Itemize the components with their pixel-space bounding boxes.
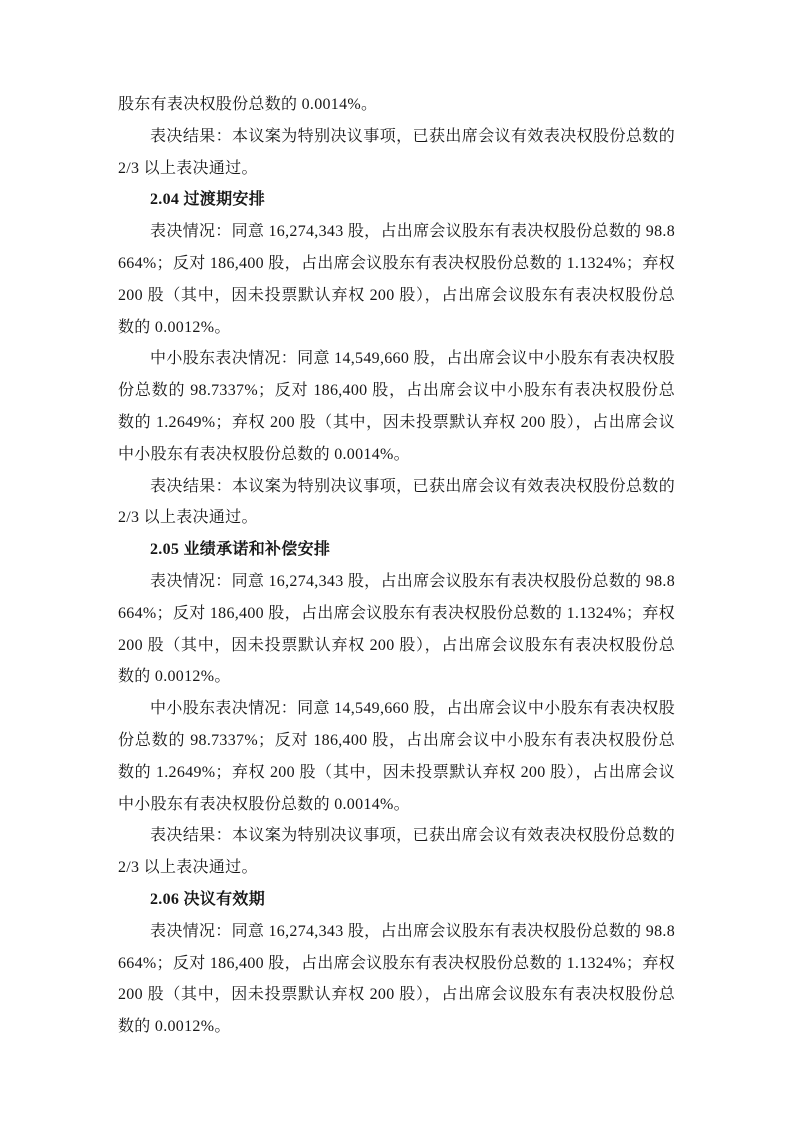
minority-vote-paragraph: 中小股东表决情况：同意 14,549,660 股，占出席会议中小股东有表决权股份…: [118, 693, 675, 820]
vote-detail-paragraph: 表决情况：同意 16,274,343 股，占出席会议股东有表决权股份总数的 98…: [118, 566, 675, 693]
continued-paragraph: 股东有表决权股份总数的 0.0014%。: [118, 89, 675, 121]
document-page: 股东有表决权股份总数的 0.0014%。 表决结果：本议案为特别决议事项，已获出…: [0, 0, 793, 1122]
section-heading-2-04: 2.04 过渡期安排: [118, 184, 675, 216]
vote-result-paragraph: 表决结果：本议案为特别决议事项，已获出席会议有效表决权股份总数的 2/3 以上表…: [118, 471, 675, 535]
vote-detail-paragraph: 表决情况：同意 16,274,343 股，占出席会议股东有表决权股份总数的 98…: [118, 916, 675, 1043]
vote-result-paragraph: 表决结果：本议案为特别决议事项，已获出席会议有效表决权股份总数的 2/3 以上表…: [118, 820, 675, 884]
minority-vote-paragraph: 中小股东表决情况：同意 14,549,660 股，占出席会议中小股东有表决权股份…: [118, 343, 675, 470]
vote-detail-paragraph: 表决情况：同意 16,274,343 股，占出席会议股东有表决权股份总数的 98…: [118, 216, 675, 343]
section-heading-2-05: 2.05 业绩承诺和补偿安排: [118, 534, 675, 566]
vote-result-paragraph: 表决结果：本议案为特别决议事项，已获出席会议有效表决权股份总数的 2/3 以上表…: [118, 121, 675, 185]
section-heading-2-06: 2.06 决议有效期: [118, 884, 675, 916]
